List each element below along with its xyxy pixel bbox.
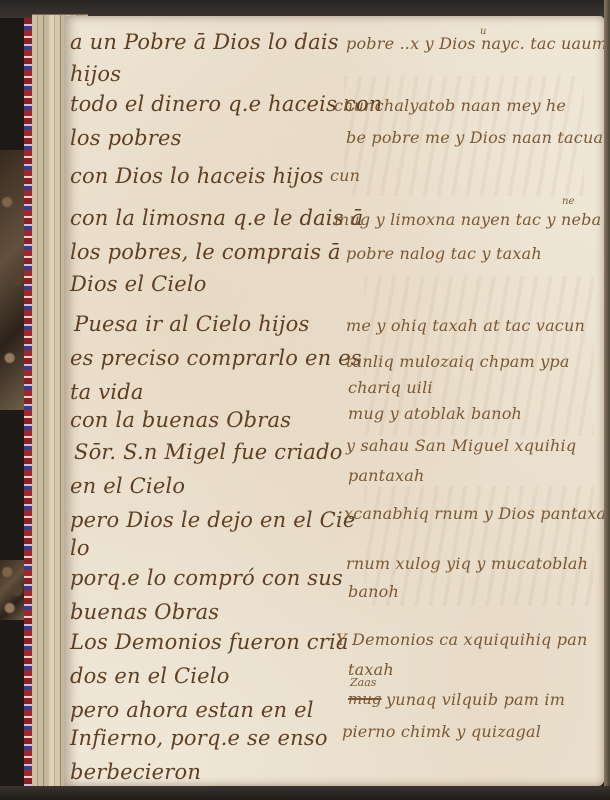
- spanish-line: Dios el Cielo: [70, 272, 207, 296]
- maya-line: mug y atoblak banoh: [348, 404, 522, 423]
- spanish-line: los pobres: [70, 126, 182, 150]
- spanish-line: pero ahora estan en el: [70, 698, 314, 722]
- manuscript-photo: a un Pobre ā Dios lo dais hijos todo el …: [0, 0, 610, 800]
- maya-line: Y Demonios ca xquiquihiq pan: [336, 630, 587, 649]
- spanish-line: Puesa ir al Cielo hijos: [74, 312, 309, 336]
- maya-line: chariq uili: [348, 378, 433, 397]
- spanish-line: buenas Obras: [70, 600, 219, 624]
- book-cover-bottom: [0, 786, 610, 800]
- spanish-line: Los Demonios fueron cria: [70, 630, 349, 654]
- maya-line: rnum xulog yiq y mucatoblah: [346, 554, 588, 573]
- maya-line: me y ohiq taxah at tac vacun: [346, 316, 585, 335]
- maya-line: banoh: [348, 582, 399, 601]
- maya-line: chunchalyatob naan mey he: [334, 96, 566, 115]
- spanish-line: hijos: [70, 62, 121, 86]
- spanish-line: pero Dios le dejo en el Cie: [70, 508, 355, 532]
- spanish-line: ta vida: [70, 380, 144, 404]
- maya-line: tanliq mulozaiq chpam ypa: [346, 352, 570, 371]
- spanish-line: porq.e lo compró con sus: [70, 566, 343, 590]
- spanish-line: dos en el Cielo: [70, 664, 230, 688]
- spanish-line: a un Pobre ā Dios lo dais: [70, 30, 339, 54]
- struck-word: mug: [348, 690, 382, 708]
- marbled-endpaper-lower: [0, 560, 24, 620]
- maya-line: cun: [330, 166, 360, 185]
- spanish-line: Infierno, porq.e se enso: [70, 726, 328, 750]
- maya-line: be pobre me y Dios naan tacua: [346, 128, 603, 147]
- page-edge-right: [604, 0, 610, 800]
- spanish-line: con Dios lo haceis hijos: [70, 164, 324, 188]
- superscript-annotation: ne: [562, 196, 574, 207]
- headband: [24, 18, 32, 800]
- spanish-line: berbecieron: [70, 760, 201, 784]
- superscript-annotation: u: [480, 26, 486, 37]
- spanish-line: Sōr. S.n Migel fue criado: [74, 440, 343, 464]
- spanish-line: en el Cielo: [70, 474, 185, 498]
- spanish-line: es preciso comprarlo en es: [70, 346, 362, 370]
- maya-line: pobre ..x y Dios nayc. tac uaum: [346, 34, 607, 53]
- spanish-line: los pobres, le comprais ā: [70, 240, 341, 264]
- maya-line: pobre nalog tac y taxah: [346, 244, 542, 263]
- maya-line: pantaxah: [348, 466, 425, 485]
- maya-line: mug y limoxna nayen tac y neba: [334, 210, 601, 229]
- spanish-line: con la limosna q.e le dais ā: [70, 206, 363, 230]
- maya-line: yunaq vilquib pam im: [386, 690, 565, 709]
- marbled-endpaper: [0, 150, 24, 410]
- maya-line: pierno chimk y quizagal: [342, 722, 541, 741]
- spanish-line: lo: [70, 536, 90, 560]
- maya-line: xcanabhiq rnum y Dios pantaxah: [344, 504, 610, 523]
- spanish-line: con la buenas Obras: [70, 408, 291, 432]
- manuscript-page: a un Pobre ā Dios lo dais hijos todo el …: [64, 16, 604, 786]
- maya-line: y sahau San Miguel xquihiq: [346, 436, 576, 455]
- inserted-word-annotation: Zaas: [350, 676, 376, 689]
